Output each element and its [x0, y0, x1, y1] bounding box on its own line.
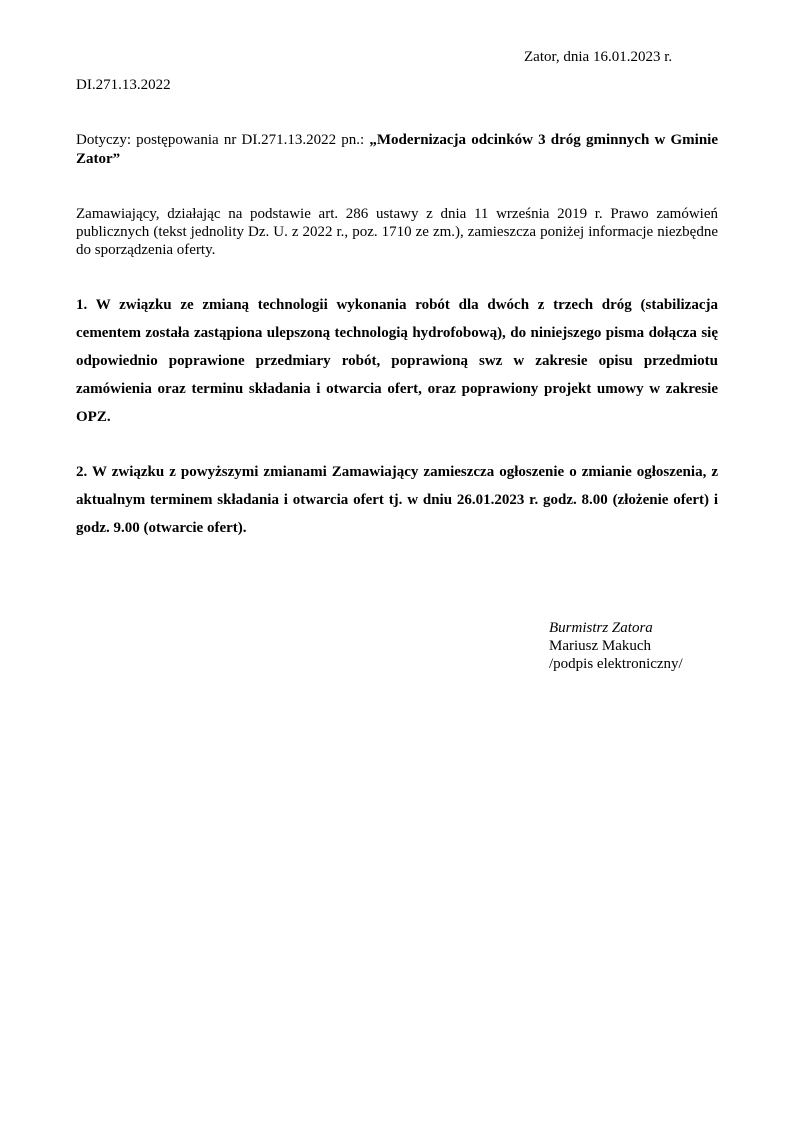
electronic-signature-note: /podpis elektroniczny/	[549, 655, 683, 673]
subject-prefix: Dotyczy: postępowania nr DI.271.13.2022 …	[76, 132, 369, 148]
signatory-role: Burmistrz Zatora	[549, 619, 683, 637]
place-and-date: Zator, dnia 16.01.2023 r.	[524, 48, 672, 66]
signatory-name: Mariusz Makuch	[549, 637, 683, 655]
signature-block: Burmistrz Zatora Mariusz Makuch /podpis …	[549, 619, 683, 673]
point-1-paragraph: 1. W związku ze zmianą technologii wykon…	[76, 291, 718, 431]
subject-line: Dotyczy: postępowania nr DI.271.13.2022 …	[76, 131, 718, 169]
reference-number: DI.271.13.2022	[76, 76, 171, 94]
point-2-paragraph: 2. W związku z powyższymi zmianami Zamaw…	[76, 458, 718, 542]
intro-paragraph: Zamawiający, działając na podstawie art.…	[76, 205, 718, 259]
